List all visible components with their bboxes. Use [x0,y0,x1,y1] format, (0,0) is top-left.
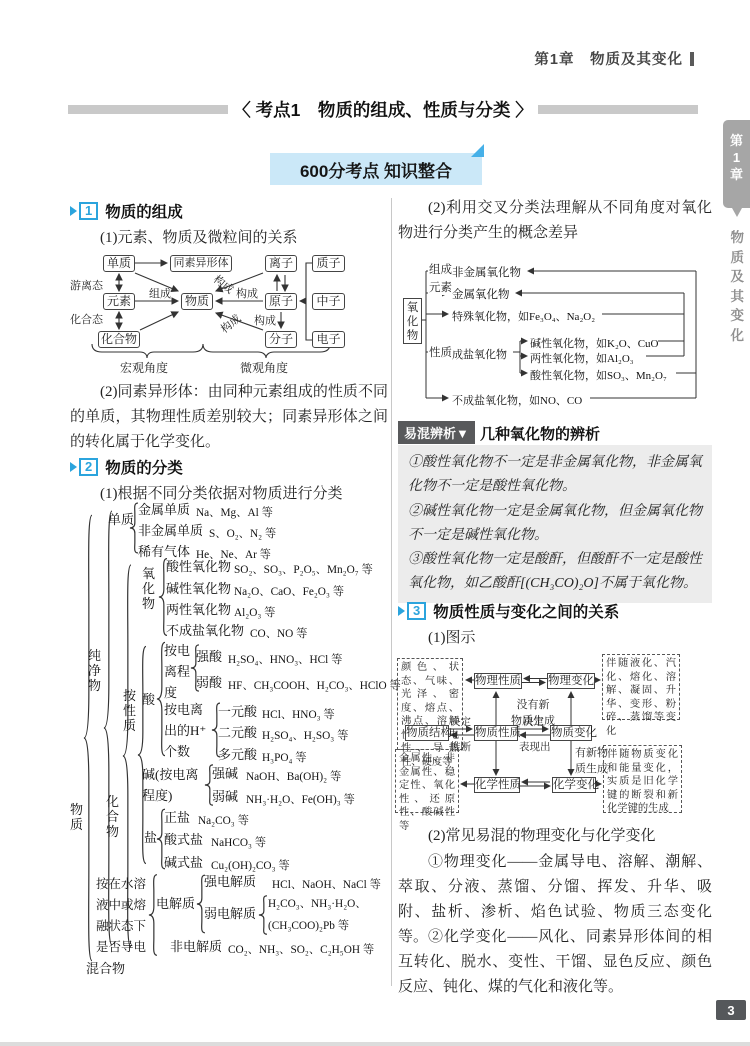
section-1-number: 1 [79,202,98,220]
biaoxian-label: 表现出 [519,739,551,754]
tree-zhengyan-v: Na₂CO₃ 等 [198,812,249,828]
label-zucheng: 组成 [149,285,171,301]
oxide-zucheng-label: 组成 [428,261,453,277]
column-divider [391,198,392,986]
section-3-title: 物质性质与变化之间的关系 [433,600,619,622]
label-goucheng-atom: 构成 [236,285,258,301]
tree-ruodjz: 弱电解质 [204,906,256,922]
tree-hunhewu: 混合物 [86,961,125,977]
node-zhongzi: 中子 [312,293,345,310]
tree-zhengyan: 正盐 [164,810,190,826]
oxide-root-box: 氧 化 物 [403,298,422,344]
section-arrow-icon [398,606,405,616]
oxide-jinshu: 金属氧化物 [452,286,510,302]
side-tab-title: 物 质 及 其 变 化 [731,228,745,345]
tree-feijinshudanzhi-v: S、O₂、N₂ 等 [209,525,276,541]
oxide-diagram: 氧 化 物 组成 元素 性质 非金属氧化物 金属氧化物 特殊氧化物，如Fe₃O₄… [400,256,712,408]
tree-feijinshudanzhi: 非金属单质 [138,523,203,539]
headline: 〈 考点1 物质的组成、性质与分类 〉 [68,97,698,122]
side-tab-pointer-icon [732,208,742,217]
tree-ruodjz-v2: (CH₃COO)₂Pb 等 [268,917,349,933]
section-banner: 600分考点 知识整合 [270,153,482,185]
tree-qiangjian: 强碱 [212,766,238,782]
node-lizi: 离子 [265,255,297,272]
tree-qiangsuan: 强酸 [196,649,222,665]
brace [83,506,92,970]
node-yuanzi: 原子 [265,293,297,310]
tree-xiyouqiti: 稀有气体 [138,544,190,560]
tree-ruosuan: 弱酸 [196,675,222,691]
oxide-xingzhi-label: 性质 [428,344,453,360]
tree-liangxingyhw-v: Al₂O₃ 等 [234,604,275,620]
chapter-header: 第1章 物质及其变化 [534,48,694,69]
label-hongguan: 宏观角度 [120,359,168,376]
tree-ruosuan-v: HF、CH₃COOH、H₂CO₃、HClO 等 [228,677,401,693]
node-huahewu: 化合物 [98,331,140,348]
section-3-number: 3 [407,602,426,620]
tree-wuzh i: 物 质 [70,802,83,832]
chapter-header-bar [690,52,694,66]
xingzhi-box: 物质性质 [474,725,518,741]
chem-changes-box: 伴随物质变化和能量变化，实质是旧化学键的断裂和新化学键的生成 [603,745,682,813]
section-banner-text: 600分考点 知识整合 [300,157,452,182]
tree-eryuansuan-v: H₂SO₄、H₂SO₃ 等 [262,727,348,743]
page-number: 3 [716,1000,746,1020]
tree-suan: 酸 [142,692,155,708]
tree-qiangjian-v: NaOH、Ba(OH)₂ 等 [246,768,341,784]
tree-suanshiyan: 酸式盐 [164,832,203,848]
chapter-header-text: 第1章 物质及其变化 [534,52,683,68]
label-youlitai: 游离态 [70,277,103,293]
tree-jinshudanzhi-v: Na、Mg、Al 等 [196,504,273,520]
sec3-sub2: (2)常见易混的物理变化与化学变化 [428,824,656,845]
bianhua-box: 物质变化 [550,725,592,741]
brace [129,502,138,554]
tree-andaodian: 按在水溶 液中或熔 融状态下 是否导电 [96,874,146,958]
oxide-chengyan: 成盐氧化物 [452,346,507,362]
oxide-teshu: 特殊氧化物，如Fe₃O₄、Na₂O₂ [452,308,595,324]
banner-fold-icon [471,144,484,157]
tree-ruojian-v: NH₃·H₂O、Fe(OH)₃ 等 [246,791,355,807]
section-2-header: 2 物质的分类 [70,456,183,478]
node-wuzhi: 物质 [181,293,213,310]
section-1-title: 物质的组成 [105,200,183,222]
sec1-sub1: (1)元素、物质及微粒间的关系 [100,226,298,247]
tree-suanxingyhw-v: SO₂、SO₃、P₂O₅、Mn₂O₇ 等 [234,561,373,577]
brace [148,873,157,957]
tree-liangxingyhw: 两性氧化物 [166,602,231,618]
wuli-xingzhi-box: 物理性质 [474,673,522,689]
tree-buchengyan: 不成盐氧化物 [166,623,244,639]
headline-bar-right [538,105,698,114]
right-intro: (2)利用交叉分类法理解从不同角度对氧化物进行分类产生的概念差异 [398,196,712,246]
tree-duoyuansuan: 多元酸 [218,747,257,763]
tree-huahewu: 化 合 物 [106,794,119,839]
label-huahetai: 化合态 [70,311,103,327]
tree-feidjz-v: CO₂、NH₃、SO₂、C₂H₅OH 等 [228,941,374,957]
headline-bar-left [68,105,228,114]
huaxue-xingzhi-box: 化学性质 [474,777,520,793]
phys-changes-box: 伴随液化、汽化、熔化、溶解、凝固、升华、变形、粉碎、蒸馏等变化 [602,654,680,720]
oxide-feijinshu: 非金属氧化物 [452,264,521,280]
tree-danzhi: 单质 [108,512,134,528]
oxide-yuansu-label: 元素 [428,279,453,295]
chem-props-box: 金属性、非金属性、稳定性、氧化性、还原性、酸碱性等 [395,749,459,813]
sec2-sub1: (1)根据不同分类依据对物质进行分类 [100,482,343,503]
note-p3: ③酸性氧化物一定是酸酐，但酸酐不一定是酸性氧化物，如乙酸酐[(CH₃CO)₂O]… [408,548,702,597]
classification-tree: 物 质 纯 净 物 混合物 单质 金属单质 Na、Mg、Al 等 非金属单质 S… [66,502,388,982]
tree-jinshudanzhi: 金属单质 [138,502,190,518]
node-yuansu: 元素 [103,293,135,310]
sec1-para2: (2)同素异形体：由同种元素组成的性质不同的单质，其物理性质差别较大；同素异形体… [70,380,388,455]
tree-yanghuawu: 氧 化 物 [142,566,155,611]
node-dianzi: 电子 [312,331,345,348]
tree-duoyuansuan-v: H₃PO₄ 等 [262,749,307,765]
oxide-suanxing: 酸性氧化物，如SO₃、Mn₂O₇ [530,367,667,383]
node-danzhi: 单质 [103,255,135,272]
section-2-number: 2 [79,458,98,476]
tree-suanshiyan-v: NaHCO₃ 等 [211,834,266,850]
section-arrow-icon [70,462,77,472]
textbook-page: 第1章 物质及其变化 〈 考点1 物质的组成、性质与分类 〉 600分考点 知识… [0,0,750,1046]
tree-qiangsuan-v: H₂SO₄、HNO₃、HCl 等 [228,651,342,667]
note-title: 几种氧化物的辨析 [480,423,600,444]
tree-jianshiyan-v: Cu₂(OH)₂CO₃ 等 [211,857,290,873]
tree-suanxingyhw: 酸性氧化物 [166,559,231,575]
tree-buchengyan-v: CO、NO 等 [250,625,307,641]
tree-ruodjz-v1: H₂CO₃、NH₃·H₂O、 [268,895,367,911]
node-tongsu: 同素异形体 [170,255,232,272]
oxide-buchengyan: 不成盐氧化物，如NO、CO [452,392,582,408]
jueding-label-2: 决定 [523,714,544,729]
tree-feidjz: 非电解质 [170,939,222,955]
tree-ruojian: 弱碱 [212,789,238,805]
tree-jianxingyhw-v: Na₂O、CaO、Fe₂O₃ 等 [234,583,344,599]
tree-andianliH: 按电离 出的H⁺ 个数 [164,699,206,762]
section-3-header: 3 物质性质与变化之间的关系 [398,600,619,622]
note-box: ①酸性氧化物不一定是非金属氧化物，非金属氧化物不一定是酸性氧化物。 ②碱性氧化物… [398,445,712,603]
headline-text: 〈 考点1 物质的组成、性质与分类 〉 [233,97,532,122]
jiegou-box: 物质结构 [405,725,449,741]
section-2-title: 物质的分类 [105,456,183,478]
jueding-label-1: 决定 [450,714,471,729]
oxide-liangxing: 两性氧化物，如Al₂O₃ [530,350,634,366]
tree-andianli: 按电 离程 度 [164,640,190,703]
tree-yiyuansuan-v: HCl、HNO₃ 等 [262,706,335,722]
composition-diagram: 单质 同素异形体 离子 质子 元素 物质 原子 中子 化合物 分子 电子 游离态… [68,252,368,376]
node-zhizi: 质子 [312,255,345,272]
brace [258,895,267,935]
label-weiguan: 微观角度 [240,359,288,376]
tree-jian: 碱(按电离 程度) [142,764,198,806]
tree-yiyuansuan: 一元酸 [218,704,257,720]
label-goucheng-atom-molecule: 构成 [254,312,276,328]
tree-dianjiezhi: 电解质 [156,896,195,912]
para-chemical: ②化学变化——风化、同素异形体间的相互转化、脱水、变性、干馏、显色反应、颜色反应… [398,925,712,1000]
tree-qiangdjz-v: HCl、NaOH、NaCl 等 [272,876,381,892]
node-fenzi: 分子 [265,331,297,348]
tree-chunjingwu: 纯 净 物 [88,648,101,693]
sec3-sub1: (1)图示 [428,626,476,647]
tree-jianshiyan: 碱式盐 [164,855,203,871]
side-tab-chapter: 第 1 章 [723,120,750,208]
note-badge: 易混辨析▼ [398,421,475,444]
section-arrow-icon [70,206,77,216]
note-p2: ②碱性氧化物一定是金属氧化物，但金属氧化物不一定是碱性氧化物。 [408,500,702,549]
properties-changes-diagram: 颜色、状态、气味、光泽、密度、熔点、沸点、溶解性、导电性、导热性、硬度等 物理性… [395,652,715,818]
tree-qiangdjz: 强电解质 [204,874,256,890]
note-p1: ①酸性氧化物不一定是非金属氧化物，非金属氧化物不一定是酸性氧化物。 [408,451,702,500]
tree-eryuansuan: 二元酸 [218,725,257,741]
page-edge-shadow [0,1042,750,1046]
wuli-bianhua-box: 物理变化 [547,673,595,689]
oxide-jianxing: 碱性氧化物，如K₂O、CuO [530,335,659,351]
huaxue-bianhua-box: 化学变化 [552,777,596,793]
tree-yan: 盐 [144,830,157,846]
tree-jianxingyhw: 碱性氧化物 [166,581,231,597]
section-1-header: 1 物质的组成 [70,200,183,222]
tree-anxingzhi: 按 性 质 [123,688,136,733]
